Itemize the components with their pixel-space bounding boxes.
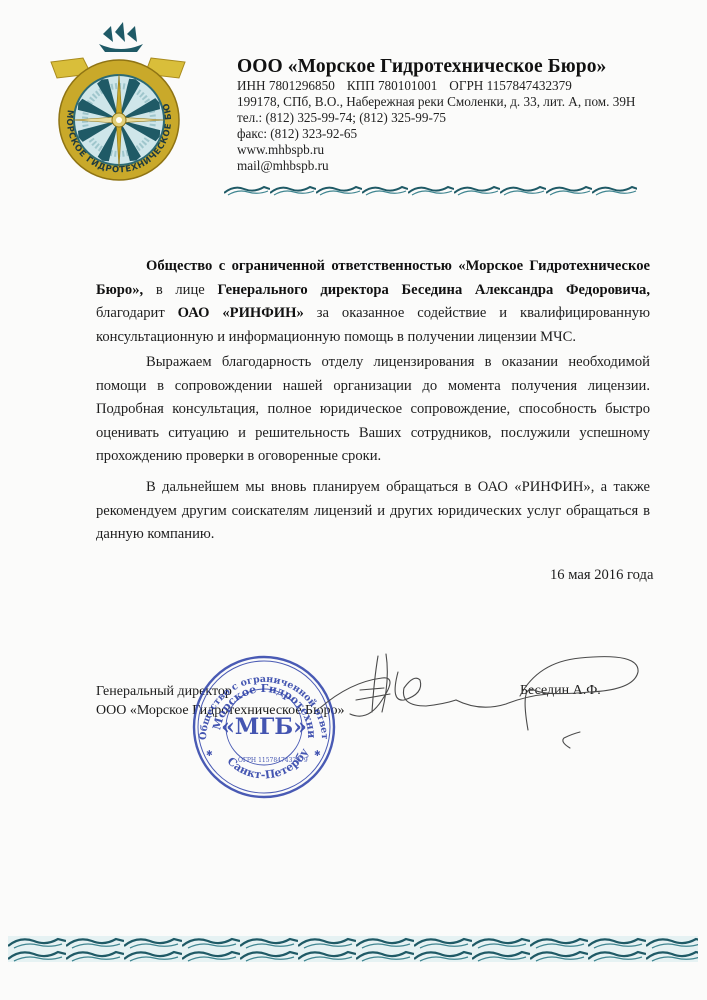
paragraph-gratitude-intro: Общество с ограниченной ответственностью… [96, 255, 650, 349]
company-website-link[interactable]: www.mhbspb.ru [237, 142, 324, 158]
company-address: 199178, СПб, В.О., Набережная реки Смоле… [237, 94, 635, 110]
company-stamp-icon: Общество с ограниченной ответственностью… [188, 652, 340, 802]
svg-text:«МГБ»: «МГБ» [221, 714, 307, 740]
company-phone: тел.: (812) 325-99-74; (812) 325-99-75 [237, 110, 446, 126]
svg-text:✱: ✱ [206, 749, 213, 758]
letter-date: 16 мая 2016 года [550, 567, 653, 584]
text-fragment: в лице [143, 282, 217, 298]
company-email-link[interactable]: mail@mhbspb.ru [237, 158, 329, 174]
wave-divider-icon [224, 183, 637, 197]
company-fax: факс: (812) 323-92-65 [237, 126, 357, 142]
company-logo-icon: МОРСКОЕ ГИДРОТЕХНИЧЕСКОЕ БЮРО [33, 22, 209, 182]
handwritten-signature-icon [320, 650, 640, 765]
inn-number: ИНН 7801296850 [237, 78, 335, 93]
registration-numbers: ИНН 7801296850КПП 780101001ОГРН 11578474… [237, 78, 572, 94]
paragraph-gratitude-details: Выражаем благодарность отделу лицензиров… [96, 351, 650, 469]
kpp-number: КПП 780101001 [347, 78, 437, 93]
company-name-heading: ООО «Морское Гидротехническое Бюро» [237, 56, 606, 78]
text-fragment: благодарит [96, 305, 178, 321]
wave-footer-icon [8, 936, 698, 962]
bold-recipient-name: ОАО «РИНФИН» [178, 305, 304, 321]
paragraph-recommendation: В дальнейшем мы вновь планируем обращать… [96, 476, 650, 547]
bold-director-name: Генерального директора Беседина Александ… [217, 282, 650, 298]
ogrn-number: ОГРН 1157847432379 [449, 78, 572, 93]
